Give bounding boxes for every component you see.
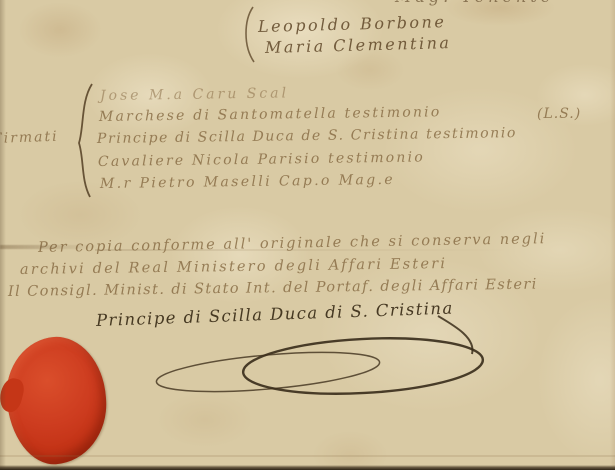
witness-list-brace-icon [76, 83, 96, 199]
signature-flourish-icon [150, 320, 490, 405]
clipped-top-line: Mag. Tenente [395, 0, 554, 6]
paper-crease [0, 245, 100, 249]
royal-names-brace-icon [242, 6, 256, 64]
royal-name-2: Maria Clementina [265, 33, 452, 57]
paper-crease [0, 455, 615, 457]
locus-sigilli-mark: (L.S.) [537, 106, 581, 122]
royal-name-1: Leopoldo Borbone [258, 12, 447, 36]
page-edge [0, 465, 615, 470]
manuscript-page: Mag. Tenente Leopoldo Borbone Maria Clem… [0, 0, 615, 470]
certification-line-3: Il Consigl. Minist. di Stato Int. del Po… [8, 277, 538, 300]
page-edge [610, 0, 615, 470]
witness-line: M.r Pietro Maselli Cap.o Mag.e [100, 172, 395, 192]
certification-line-1: Per copia conforme all' originale che si… [38, 231, 547, 256]
wax-seal [3, 334, 111, 468]
witness-line: Marchese di Santomatella testimonio [99, 104, 442, 125]
certification-line-2: archivi del Real Ministero degli Affari … [20, 256, 447, 278]
paper-crease [95, 249, 515, 251]
witness-line: Cavaliere Nicola Parisio testimonio [98, 149, 425, 170]
firmati-label: Firmati [0, 129, 59, 147]
witness-line: Jose M.a Caru Scal [100, 85, 289, 104]
witness-line: Principe di Scilla Duca de S. Cristina t… [97, 125, 517, 147]
